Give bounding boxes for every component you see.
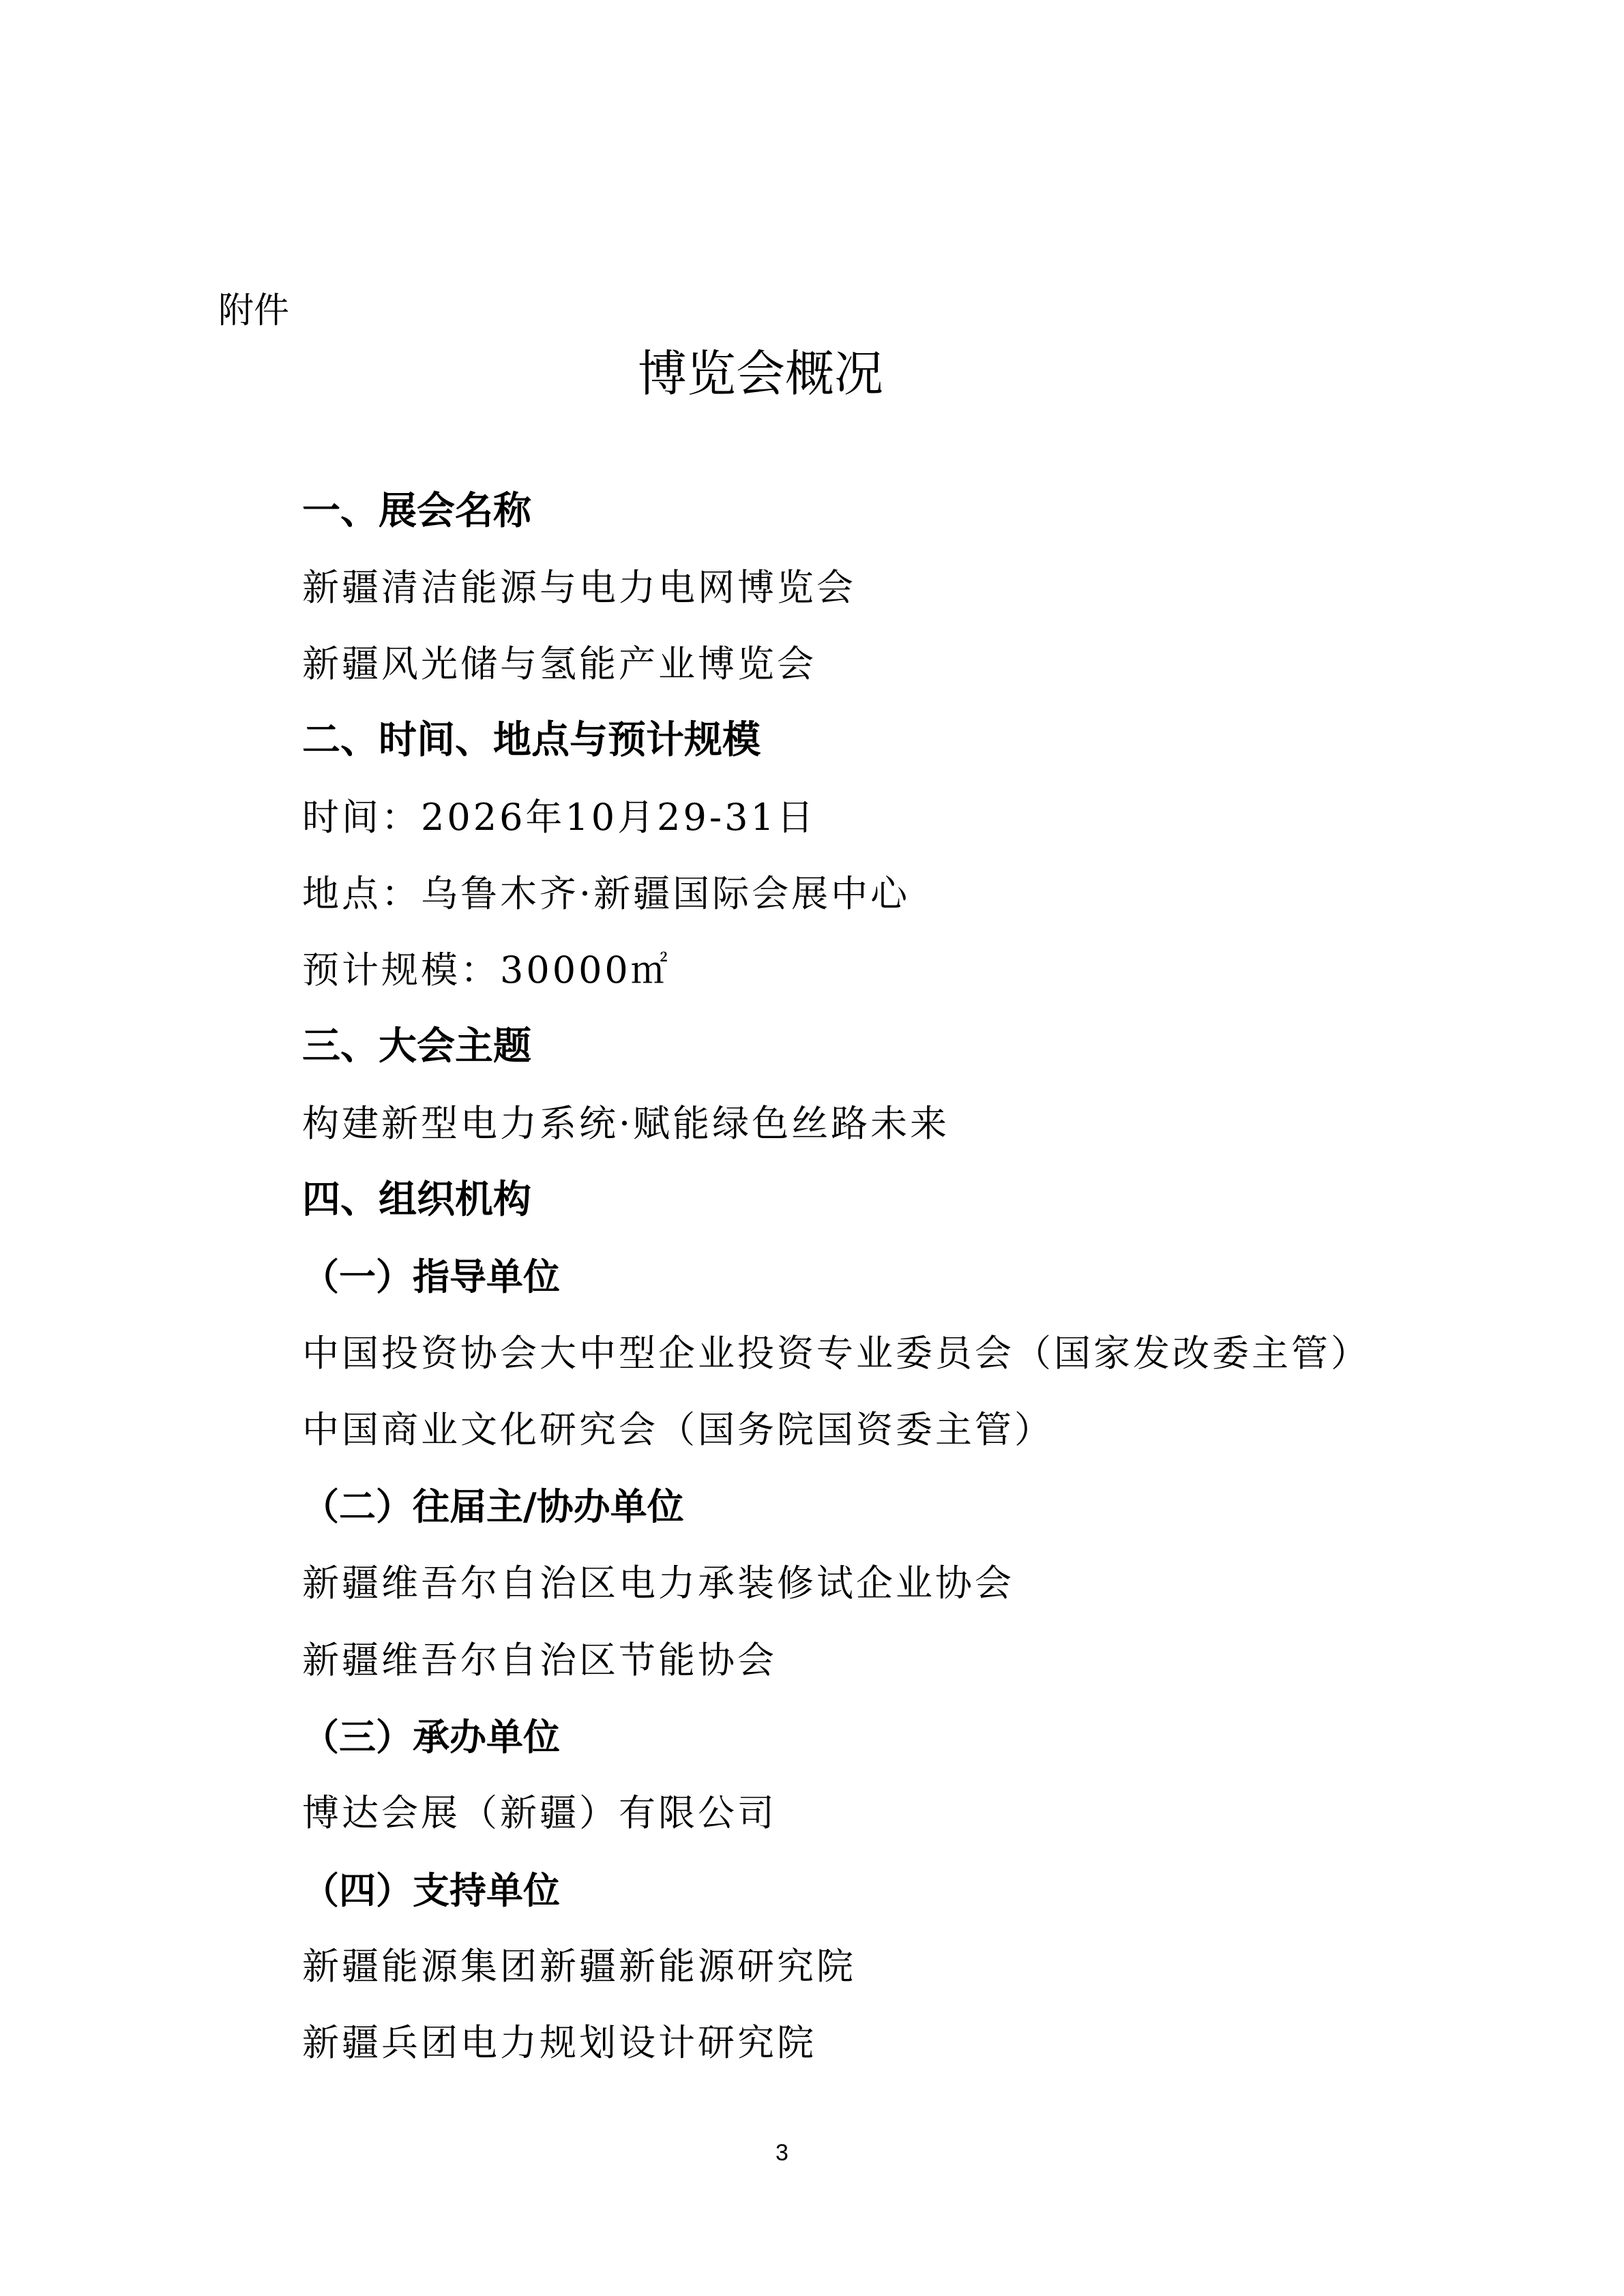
event-theme: 构建新型电力系统·赋能绿色丝路未来 bbox=[302, 1105, 949, 1142]
past-host-2: 新疆维吾尔自治区节能协会 bbox=[302, 1642, 777, 1679]
section-heading-organization: 四、组织机构 bbox=[302, 1181, 531, 1219]
section-heading-name: 一、展会名称 bbox=[302, 492, 531, 531]
subsection-heading-past-hosts: （二）往届主/协办单位 bbox=[302, 1488, 684, 1525]
event-time: 时间：2026年10月29-31日 bbox=[302, 799, 816, 836]
document-page: 附件 博览会概况 一、展会名称 新疆清洁能源与电力电网博览会 新疆风光储与氢能产… bbox=[0, 0, 1624, 2296]
subsection-heading-support: （四）支持单位 bbox=[302, 1872, 560, 1909]
subsection-heading-guidance: （一）指导单位 bbox=[302, 1258, 560, 1295]
expo-name-1: 新疆清洁能源与电力电网博览会 bbox=[302, 569, 856, 606]
section-heading-time-place: 二、时间、地点与预计规模 bbox=[302, 721, 761, 760]
subsection-heading-organizer: （三）承办单位 bbox=[302, 1718, 560, 1755]
event-location: 地点：乌鲁木齐·新疆国际会展中心 bbox=[302, 876, 910, 912]
support-unit-2: 新疆兵团电力规划设计研究院 bbox=[302, 2025, 816, 2061]
guidance-unit-2: 中国商业文化研究会（国务院国资委主管） bbox=[302, 1412, 1054, 1448]
support-unit-1: 新疆能源集团新疆新能源研究院 bbox=[302, 1948, 856, 1985]
attachment-label: 附件 bbox=[218, 293, 289, 329]
expo-name-2: 新疆风光储与氢能产业博览会 bbox=[302, 646, 816, 683]
organizer-unit: 博达会展（新疆）有限公司 bbox=[302, 1795, 777, 1832]
page-number: 3 bbox=[0, 2141, 1594, 2164]
event-scale: 预计规模：30000㎡ bbox=[302, 952, 670, 989]
page-title: 博览会概况 bbox=[0, 349, 1521, 398]
past-host-1: 新疆维吾尔自治区电力承装修试企业协会 bbox=[302, 1565, 1014, 1602]
section-heading-theme: 三、大会主题 bbox=[302, 1028, 531, 1066]
guidance-unit-1: 中国投资协会大中型企业投资专业委员会（国家发改委主管） bbox=[302, 1335, 1370, 1372]
